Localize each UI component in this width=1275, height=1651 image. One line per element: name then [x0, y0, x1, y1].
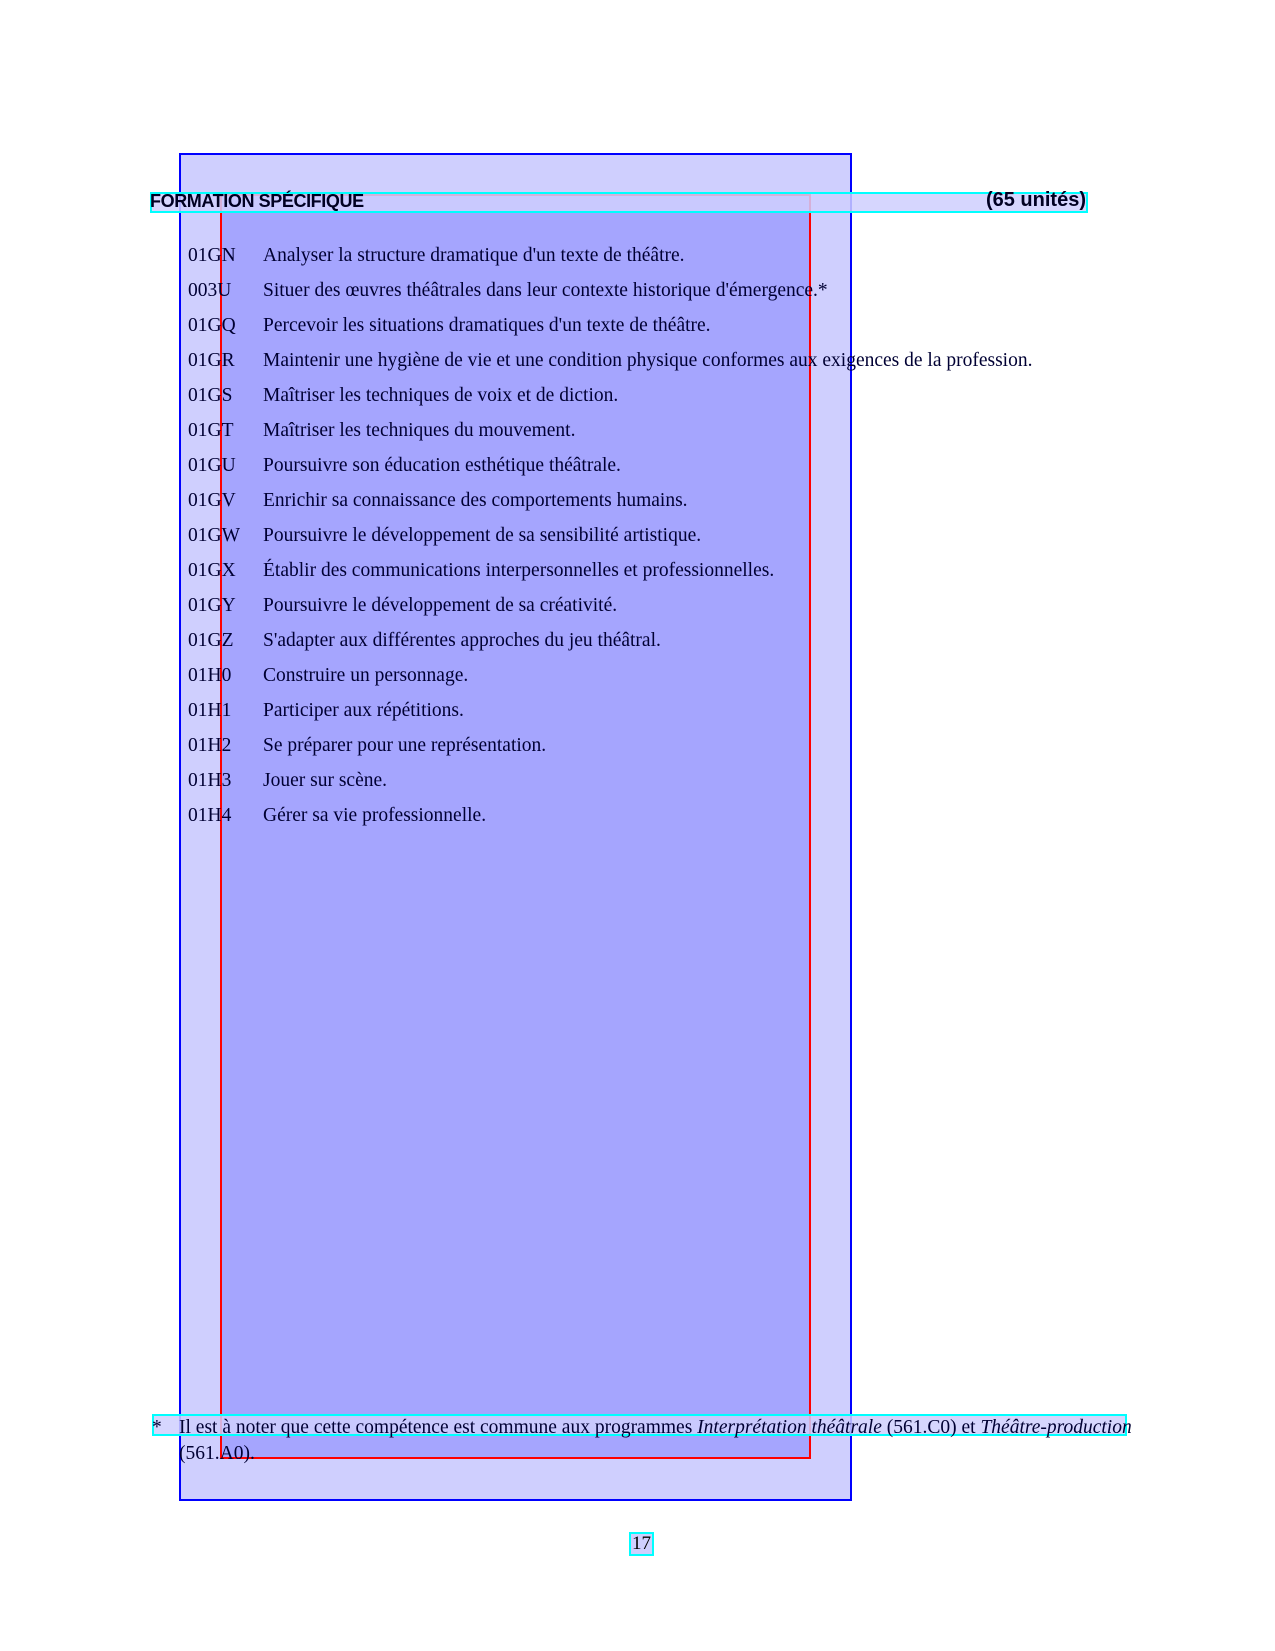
competency-code: 01GZ — [188, 630, 258, 652]
competency-item: 01H2Se préparer pour une représentation. — [188, 735, 1088, 757]
competency-item: 01GZS'adapter aux différentes approches … — [188, 630, 1088, 652]
competency-code: 003U — [188, 280, 258, 302]
footnote-program-2-code: (561.A0). — [179, 1443, 255, 1464]
competency-item: 01GXÉtablir des communications interpers… — [188, 560, 1088, 582]
competency-text: Situer des œuvres théâtrales dans leur c… — [263, 280, 1088, 302]
competency-code: 01GT — [188, 420, 258, 442]
competency-text: S'adapter aux différentes approches du j… — [263, 630, 1088, 652]
competency-item: 01GRMaintenir une hygiène de vie et une … — [188, 350, 1088, 372]
competency-code: 01GV — [188, 490, 258, 512]
competency-text: Établir des communications interpersonne… — [263, 560, 1088, 582]
page-number: 17 — [629, 1532, 654, 1556]
competency-text: Gérer sa vie professionnelle. — [263, 805, 1088, 827]
competency-item: 01H1Participer aux répétitions. — [188, 700, 1088, 722]
footnote-program-1: Interprétation théâtrale — [697, 1417, 882, 1438]
competency-code: 01GU — [188, 455, 258, 477]
competency-item: 01H3Jouer sur scène. — [188, 770, 1088, 792]
competency-item: 01GVEnrichir sa connaissance des comport… — [188, 490, 1088, 512]
footnote: * Il est à noter que cette compétence es… — [152, 1415, 1132, 1467]
competency-code: 01H0 — [188, 665, 258, 687]
competency-text: Maîtriser les techniques du mouvement. — [263, 420, 1088, 442]
competency-list: 01GNAnalyser la structure dramatique d'u… — [188, 245, 1088, 840]
competency-code: 01GX — [188, 560, 258, 582]
competency-code: 01GY — [188, 595, 258, 617]
competency-text: Poursuivre son éducation esthétique théâ… — [263, 455, 1088, 477]
footnote-program-1-code: (561.C0) et — [882, 1417, 981, 1438]
footnote-text-before: Il est à noter que cette compétence est … — [179, 1417, 697, 1438]
footnote-mark: * — [152, 1415, 162, 1441]
section-units: (65 unités) — [986, 192, 1086, 209]
competency-item: 01H0Construire un personnage. — [188, 665, 1088, 687]
footnote-text: Il est à noter que cette compétence est … — [179, 1415, 1132, 1467]
section-heading: FORMATION SPÉCIFIQUE (65 unités) — [150, 192, 1088, 213]
competency-item: 01H4Gérer sa vie professionnelle. — [188, 805, 1088, 827]
competency-text: Maîtriser les techniques de voix et de d… — [263, 385, 1088, 407]
competency-text: Se préparer pour une représentation. — [263, 735, 1088, 757]
competency-text: Construire un personnage. — [263, 665, 1088, 687]
competency-text: Poursuivre le développement de sa sensib… — [263, 525, 1088, 547]
competency-text: Percevoir les situations dramatiques d'u… — [263, 315, 1088, 337]
competency-item: 01GYPoursuivre le développement de sa cr… — [188, 595, 1088, 617]
competency-text: Analyser la structure dramatique d'un te… — [263, 245, 1088, 267]
competency-code: 01GR — [188, 350, 258, 372]
competency-text: Poursuivre le développement de sa créati… — [263, 595, 1088, 617]
competency-text: Maintenir une hygiène de vie et une cond… — [263, 350, 1088, 372]
footnote-program-2: Théâtre-production — [980, 1417, 1131, 1438]
competency-code: 01GS — [188, 385, 258, 407]
competency-item: 003USituer des œuvres théâtrales dans le… — [188, 280, 1088, 302]
competency-text: Participer aux répétitions. — [263, 700, 1088, 722]
competency-item: 01GSMaîtriser les techniques de voix et … — [188, 385, 1088, 407]
competency-code: 01H3 — [188, 770, 258, 792]
competency-code: 01GW — [188, 525, 258, 547]
competency-text: Enrichir sa connaissance des comportemen… — [263, 490, 1088, 512]
competency-item: 01GNAnalyser la structure dramatique d'u… — [188, 245, 1088, 267]
competency-text: Jouer sur scène. — [263, 770, 1088, 792]
competency-item: 01GTMaîtriser les techniques du mouvemen… — [188, 420, 1088, 442]
competency-item: 01GQPercevoir les situations dramatiques… — [188, 315, 1088, 337]
competency-code: 01H4 — [188, 805, 258, 827]
competency-code: 01H1 — [188, 700, 258, 722]
competency-code: 01GN — [188, 245, 258, 267]
competency-code: 01GQ — [188, 315, 258, 337]
competency-item: 01GWPoursuivre le développement de sa se… — [188, 525, 1088, 547]
section-title: FORMATION SPÉCIFIQUE — [150, 193, 364, 210]
competency-item: 01GUPoursuivre son éducation esthétique … — [188, 455, 1088, 477]
competency-code: 01H2 — [188, 735, 258, 757]
